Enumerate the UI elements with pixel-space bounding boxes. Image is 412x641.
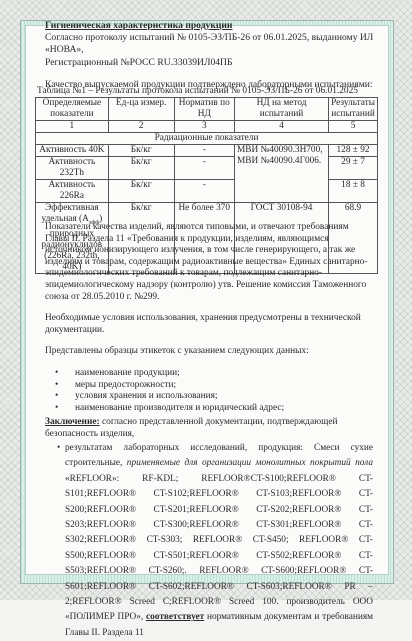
- column-header: НД на метод испытаний: [234, 98, 328, 121]
- column-number: 4: [234, 121, 328, 133]
- section-label: Радиационные показатели: [36, 133, 378, 145]
- column-number: 2: [108, 121, 174, 133]
- registration-number: Регистрационный №РОСС RU.33039ИЛ04ПБ: [45, 57, 375, 69]
- indicator-cell: Активность 232Th: [36, 157, 109, 180]
- column-number: 1: [36, 121, 109, 133]
- column-number: 5: [329, 121, 378, 133]
- table-row: Активность 40K Бк/кг - МВИ №40090.3Н700,…: [36, 145, 378, 157]
- result-cell: 18 ± 8: [329, 180, 378, 203]
- norm-cell: -: [174, 180, 234, 203]
- conclusion-paragraph: Заключение: согласно представленной доку…: [45, 417, 375, 440]
- usage-conditions-paragraph: Необходимые условия использования, хране…: [45, 313, 375, 336]
- document-header: Гигиеническая характеристика продукции С…: [45, 20, 375, 91]
- result-cell: 128 ± 92: [329, 145, 378, 157]
- document-body: Показатели качества изделий, являются ти…: [45, 222, 375, 414]
- list-item: наименование производителя и юридический…: [45, 403, 375, 415]
- section-row: Радиационные показатели: [36, 133, 378, 145]
- table-caption: Таблица №1 – Результаты протокола испыта…: [37, 86, 358, 96]
- list-item: меры предосторожности;: [45, 380, 375, 392]
- compliance-paragraph: Показатели качества изделий, являются ти…: [45, 222, 375, 303]
- list-item: условия хранения и использования;: [45, 391, 375, 403]
- indicator-cell: Активность 40K: [36, 145, 109, 157]
- protocol-reference: Согласно протоколу испытаний № 0105-ЭЗ/П…: [45, 32, 375, 44]
- column-header: Результаты испытаний: [329, 98, 378, 121]
- unit-cell: Бк/кг: [108, 145, 174, 157]
- conclusion-label: Заключение:: [45, 417, 100, 427]
- section-title: Гигиеническая характеристика продукции: [45, 20, 375, 32]
- norm-cell: -: [174, 145, 234, 157]
- table-header-row: Определяемые показатели Ед-ца измер. Нор…: [36, 98, 378, 121]
- product-list: «REFLOOR»: RF-KDL; REFLOOR®CT-S100;REFLO…: [65, 474, 373, 600]
- product-purpose: применяемые для организации монолитных п…: [127, 458, 373, 468]
- norm-cell: -: [174, 157, 234, 180]
- list-item: наименование продукции;: [45, 368, 375, 380]
- column-header: Определяемые показатели: [36, 98, 109, 121]
- unit-cell: Бк/кг: [108, 180, 174, 203]
- conclusion-bullet: • результатам лабораторных исследований,…: [65, 441, 373, 600]
- result-cell: 29 ± 7: [329, 157, 378, 180]
- method-cell: МВИ №40090.3Н700, МВИ №40090.4Г006.: [234, 145, 328, 203]
- unit-cell: Бк/кг: [108, 157, 174, 180]
- bullet-icon: •: [57, 441, 60, 456]
- column-header: Ед-ца измер.: [108, 98, 174, 121]
- column-header: Норматив по НД: [174, 98, 234, 121]
- column-number: 3: [174, 121, 234, 133]
- labels-intro: Представлены образцы этикеток с указание…: [45, 346, 375, 358]
- indicator-cell: Активность 226Ra: [36, 180, 109, 203]
- column-number-row: 1 2 3 4 5: [36, 121, 378, 133]
- protocol-lab-name: «НОВА»,: [45, 44, 375, 56]
